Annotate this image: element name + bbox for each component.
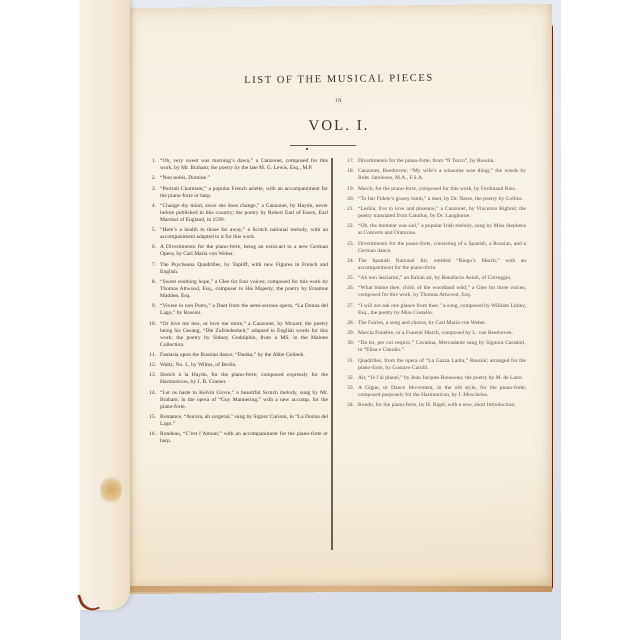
list-entry: 19.March, for the piano-forte, composed … [340, 186, 526, 193]
foxing-stain [100, 475, 122, 505]
entry-number: 16. [142, 431, 160, 445]
entry-number: 3. [142, 186, 160, 200]
entry-text: Rondeau, “C’est l’Amour,” with an accomp… [160, 431, 328, 445]
list-entry: 32.Air, “Je l’ai planté,” by Jean Jacque… [340, 375, 526, 382]
entry-text: “Ah non lasciarmi,” an Italian air, by B… [358, 275, 526, 282]
entry-number: 20. [340, 196, 358, 203]
entry-number: 7. [142, 262, 160, 276]
list-entry: 28.The Fairies, a song and chorus, by Ca… [340, 320, 526, 327]
column-divider [331, 158, 333, 550]
entry-text: “Or love me less, or love me more,” a Ca… [160, 321, 328, 349]
list-entry: 20.“To fair Fidele’s grassy tomb,” a due… [340, 196, 526, 203]
list-entry: 21.“Lesbia, live to love and pleasure,” … [340, 206, 526, 220]
entry-number: 9. [142, 303, 160, 317]
entry-number: 1. [142, 158, 160, 172]
entry-number: 10. [142, 321, 160, 349]
list-entry: 12.Waltz, No. I., by Wilms, of Berlin. [142, 362, 328, 369]
entry-number: 15. [142, 414, 160, 428]
list-entry: 17.Divertimento for the piano-forte, fro… [340, 158, 526, 165]
entry-text: “Let us haste to Kelvin Grove,” a beauti… [160, 390, 328, 411]
entry-text: Air, “Je l’ai planté,” by Jean Jacques R… [358, 375, 526, 382]
entry-number: 23. [340, 241, 358, 255]
entry-number: 25. [340, 275, 358, 282]
entry-number: 12. [142, 362, 160, 369]
entry-text: “Oh, the moment was sad,” a popular Iris… [358, 223, 526, 237]
list-entry: 15.Romance, “Aurora, ah sorgerai,” sung … [142, 414, 328, 428]
entry-number: 17. [340, 158, 358, 165]
entry-number: 30. [340, 340, 358, 354]
list-entry: 22.“Oh, the moment was sad,” a popular I… [340, 223, 526, 237]
entry-text: Divertimento for the piano-forte, from “… [358, 158, 526, 165]
entry-number: 19. [340, 186, 358, 193]
entry-text: “Vivere io non Potro,” a Duet from the s… [160, 303, 328, 317]
entry-text: “Here’s a health to those far away,” a S… [160, 227, 328, 241]
list-entry: 6.A Divertimento for the piano-forte, be… [142, 244, 328, 258]
entry-text: A Divertimento for the piano-forte, bein… [160, 244, 328, 258]
entry-text: Marcia Funebre, or a Funeral March, comp… [358, 330, 526, 337]
list-entry: 18.Canzonet, Beethoven; “My wife’s a win… [340, 168, 526, 182]
list-entry: 11.Fantasia upon the Russian dance, “Dun… [142, 352, 328, 359]
entry-text: The Spanish National Air, entitled “Rieg… [358, 258, 526, 272]
list-entry: 4.“Change thy mind, since she does chang… [142, 203, 328, 224]
entry-text: “To fair Fidele’s grassy tomb,” a duet, … [358, 196, 526, 203]
entry-text: Divertimento for the piano-forte, consis… [358, 241, 526, 255]
entry-number: 13. [142, 372, 160, 386]
page-heading: LIST OF THE MUSICAL PIECES IN VOL. I. [126, 74, 552, 135]
list-entry: 10.“Or love me less, or love me more,” a… [142, 321, 328, 349]
entry-number: 21. [340, 206, 358, 220]
entry-number: 34. [340, 402, 358, 409]
list-entry: 33.A Gigue, or Dance Movement, in the ol… [340, 385, 526, 399]
list-entry: 13.Sketch à la Haydn, for the piano-fort… [142, 372, 328, 386]
list-entry: 26.“What blame thee, child, of the woodl… [340, 285, 526, 299]
entry-text: “I will not ask one glance from thee,” a… [358, 303, 526, 317]
entry-number: 31. [340, 358, 358, 372]
entry-text: The Psycheana Quadrilles, by Topliff, wi… [160, 262, 328, 276]
page-edge-foxing [126, 586, 552, 592]
list-entry: 34.Rondo, for the piano-forte, by H. Rig… [340, 402, 526, 409]
volume-label: VOL. I. [126, 116, 552, 137]
heading-title: LIST OF THE MUSICAL PIECES [126, 71, 552, 87]
background-left [0, 0, 80, 640]
list-entry: 9.“Vivere io non Potro,” a Duet from the… [142, 303, 328, 317]
list-entry: 24.The Spanish National Air, entitled “R… [340, 258, 526, 272]
list-entry: 29.Marcia Funebre, or a Funeral March, c… [340, 330, 526, 337]
list-entry: 25.“Ah non lasciarmi,” an Italian air, b… [340, 275, 526, 282]
entry-number: 8. [142, 279, 160, 300]
entry-number: 6. [142, 244, 160, 258]
heading-connector: IN [126, 99, 552, 104]
entry-number: 5. [142, 227, 160, 241]
rule-ornament [306, 148, 308, 150]
entry-text: The Fairies, a song and chorus, by Carl … [358, 320, 526, 327]
entry-number: 11. [142, 352, 160, 359]
entry-text: “Da lei, per cui respiro,” Cavatina, Mer… [358, 340, 526, 354]
entry-text: Canzonet, Beethoven; “My wife’s a winsom… [358, 168, 526, 182]
right-column-list: 17.Divertimento for the piano-forte, fro… [340, 158, 526, 413]
list-entry: 23.Divertimento for the piano-forte, con… [340, 241, 526, 255]
entry-number: 14. [142, 390, 160, 411]
heading-rule [290, 145, 356, 146]
entry-number: 28. [340, 320, 358, 327]
list-entry: 7.The Psycheana Quadrilles, by Topliff, … [142, 262, 328, 276]
list-entry: 31.Quadrilles, from the opera of “La Gaz… [340, 358, 526, 372]
entry-number: 2. [142, 175, 160, 182]
list-entry: 8.“Sweet soothing hope,” a Glee for four… [142, 279, 328, 300]
entry-text: “Oh, very sweet was morning’s dawn,” a C… [160, 158, 328, 172]
entry-text: Quadrilles, from the opera of “La Gazza … [358, 358, 526, 372]
entry-number: 26. [340, 285, 358, 299]
background-right [561, 0, 640, 640]
list-entry: 27.“I will not ask one glance from thee,… [340, 303, 526, 317]
entry-text: “Portrait Charmant,” a popular French ar… [160, 186, 328, 200]
entry-text: “Sweet soothing hope,” a Glee for four v… [160, 279, 328, 300]
entry-text: Fantasia upon the Russian dance, “Dunka,… [160, 352, 328, 359]
entry-text: Waltz, No. I., by Wilms, of Berlin. [160, 362, 328, 369]
entry-text: “What blame thee, child, of the woodland… [358, 285, 526, 299]
list-entry: 3.“Portrait Charmant,” a popular French … [142, 186, 328, 200]
list-entry: 5.“Here’s a health to those far away,” a… [142, 227, 328, 241]
entry-text: A Gigue, or Dance Movement, in the old s… [358, 385, 526, 399]
list-entry: 14.“Let us haste to Kelvin Grove,” a bea… [142, 390, 328, 411]
entry-number: 18. [340, 168, 358, 182]
list-entry: 30.“Da lei, per cui respiro,” Cavatina, … [340, 340, 526, 354]
list-entry: 2.“Non nobis, Domine.” [142, 175, 328, 182]
flyleaf-page [80, 0, 130, 610]
entry-text: “Change thy mind, since she does change,… [160, 203, 328, 224]
list-entry: 1.“Oh, very sweet was morning’s dawn,” a… [142, 158, 328, 172]
entry-text: Romance, “Aurora, ah sorgerai,” sung by … [160, 414, 328, 428]
entry-number: 4. [142, 203, 160, 224]
entry-number: 22. [340, 223, 358, 237]
entry-number: 29. [340, 330, 358, 337]
entry-number: 32. [340, 375, 358, 382]
entry-text: Sketch à la Haydn, for the piano-forte; … [160, 372, 328, 386]
entry-text: March, for the piano-forte, composed for… [358, 186, 526, 193]
entry-number: 24. [340, 258, 358, 272]
list-entry: 16.Rondeau, “C’est l’Amour,” with an acc… [142, 431, 328, 445]
left-column-list: 1.“Oh, very sweet was morning’s dawn,” a… [142, 158, 328, 449]
entry-number: 33. [340, 385, 358, 399]
entry-text: “Non nobis, Domine.” [160, 175, 328, 182]
entry-number: 27. [340, 303, 358, 317]
entry-text: “Lesbia, live to love and pleasure,” a C… [358, 206, 526, 220]
entry-text: Rondo, for the piano-forte, by H. Rigel,… [358, 402, 526, 409]
